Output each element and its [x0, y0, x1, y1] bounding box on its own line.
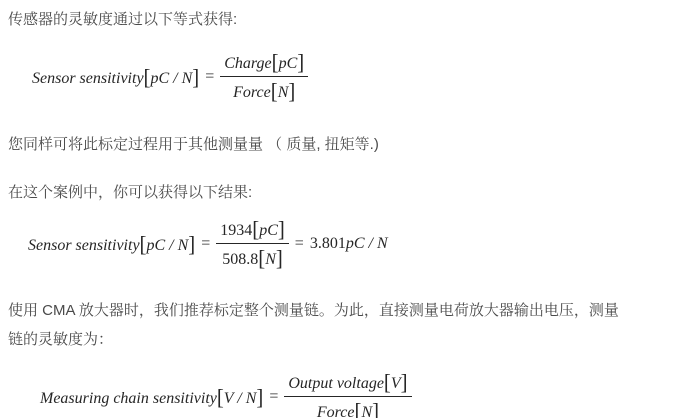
equals-sign: =: [205, 68, 214, 86]
formula-lhs: Sensor sensitivity[pC / N]: [32, 65, 199, 89]
equals-sign: =: [295, 235, 304, 253]
close-bracket: ]: [188, 232, 195, 258]
formula-lhs-unit: V / N: [224, 390, 257, 408]
numerator-value: 1934: [220, 222, 252, 240]
result-value: 3.801: [310, 235, 346, 253]
close-bracket: ]: [256, 385, 263, 411]
close-bracket: ]: [288, 79, 295, 105]
fraction: Charge[pC] Force[N]: [220, 50, 308, 103]
open-bracket: [: [384, 370, 391, 396]
fraction: 1934[pC] 508.8[N]: [216, 217, 289, 270]
formula-lhs-name: Sensor sensitivity: [32, 70, 144, 88]
open-bracket: [: [144, 65, 151, 91]
close-bracket: ]: [372, 399, 379, 418]
result-unit: pC / N: [346, 235, 388, 253]
formula-lhs: Sensor sensitivity[pC / N]: [28, 232, 195, 256]
fraction-denominator: 508.8[N]: [222, 244, 283, 270]
formula-result: 3.801pC / N: [310, 235, 388, 253]
open-bracket: [: [271, 79, 278, 105]
fraction-denominator: Force[N]: [317, 397, 379, 418]
formula-measuring-chain-sensitivity: Measuring chain sensitivity[V / N] = Out…: [40, 370, 692, 418]
equals-sign: =: [201, 235, 210, 253]
paragraph-sensor-intro: 传感器的灵敏度通过以下等式获得:: [8, 10, 692, 30]
paragraph-case-result: 在这个案例中，你可以获得以下结果:: [8, 183, 692, 203]
denominator-unit: N: [278, 84, 289, 102]
open-bracket: [: [252, 217, 259, 243]
numerator-name: Charge: [224, 55, 271, 73]
formula-lhs-name: Measuring chain sensitivity: [40, 390, 217, 408]
close-bracket: ]: [401, 370, 408, 396]
numerator-unit: pC: [259, 222, 278, 240]
numerator-unit: pC: [279, 55, 298, 73]
open-bracket: [: [258, 246, 265, 272]
formula-sensor-sensitivity-definition: Sensor sensitivity[pC / N] = Charge[pC] …: [32, 50, 692, 103]
open-bracket: [: [140, 232, 147, 258]
fraction: Output voltage[V] Force[N]: [284, 370, 411, 418]
calibration-document: 传感器的灵敏度通过以下等式获得: Sensor sensitivity[pC /…: [0, 0, 700, 418]
close-bracket: ]: [276, 246, 283, 272]
fraction-denominator: Force[N]: [233, 77, 295, 103]
open-bracket: [: [355, 399, 362, 418]
equals-sign: =: [269, 388, 278, 406]
paragraph-calibration-note: 您同样可将此标定过程用于其他测量量 （ 质量, 扭矩等.): [8, 135, 692, 155]
formula-lhs-name: Sensor sensitivity: [28, 237, 140, 255]
numerator-name: Output voltage: [288, 375, 384, 393]
formula-lhs: Measuring chain sensitivity[V / N]: [40, 385, 263, 409]
formula-lhs-unit: pC / N: [146, 237, 188, 255]
denominator-value: 508.8: [222, 251, 258, 269]
fraction-numerator: Output voltage[V]: [284, 370, 411, 397]
paragraph-cma-note: 使用 CMA 放大器时，我们推荐标定整个测量链。为此，直接测量电荷放大器输出电压…: [8, 296, 692, 354]
fraction-numerator: 1934[pC]: [216, 217, 289, 244]
close-bracket: ]: [297, 50, 304, 76]
denominator-name: Force: [317, 404, 355, 418]
fraction-numerator: Charge[pC]: [220, 50, 308, 77]
close-bracket: ]: [192, 65, 199, 91]
denominator-name: Force: [233, 84, 271, 102]
formula-sensor-sensitivity-calculation: Sensor sensitivity[pC / N] = 1934[pC] 50…: [28, 217, 692, 270]
formula-lhs-unit: pC / N: [150, 70, 192, 88]
open-bracket: [: [217, 385, 224, 411]
numerator-unit: V: [391, 375, 401, 393]
denominator-unit: N: [361, 404, 372, 418]
denominator-unit: N: [265, 251, 276, 269]
open-bracket: [: [272, 50, 279, 76]
close-bracket: ]: [278, 217, 285, 243]
